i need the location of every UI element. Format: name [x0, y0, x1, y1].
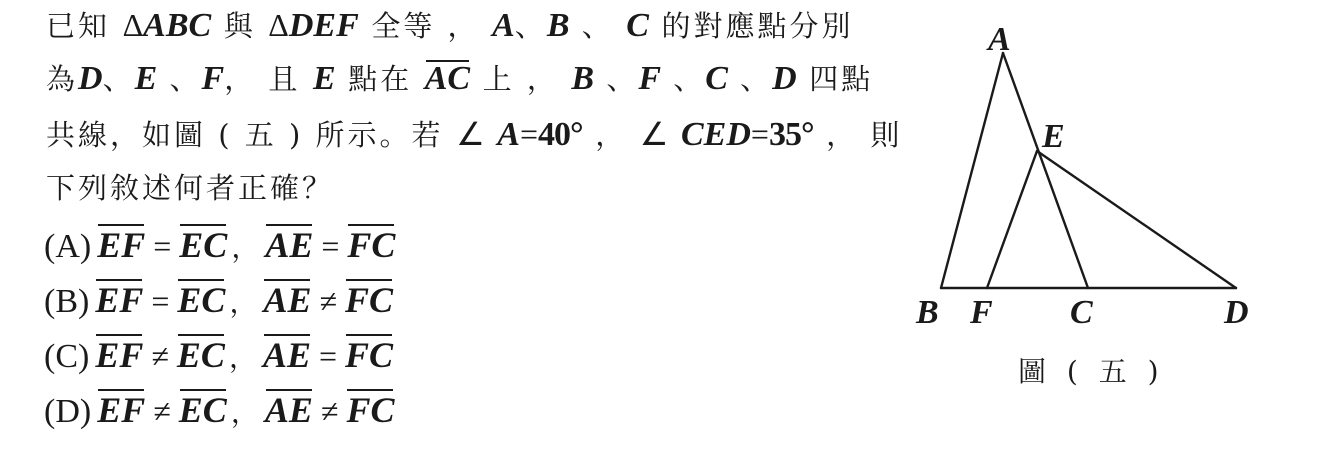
segment-ef [987, 151, 1037, 288]
segment-ab [941, 53, 1003, 288]
label-point-c: C [1070, 296, 1093, 330]
geometry-figure [0, 0, 1338, 462]
label-point-a: A [988, 23, 1011, 57]
figure-caption: 圖 ( 五 ) [1018, 350, 1165, 390]
segment-ed [1037, 151, 1236, 288]
segment-ac [1003, 53, 1088, 288]
label-point-e: E [1042, 120, 1065, 154]
label-point-b: B [916, 296, 939, 330]
label-point-f: F [970, 296, 993, 330]
label-point-d: D [1224, 296, 1249, 330]
